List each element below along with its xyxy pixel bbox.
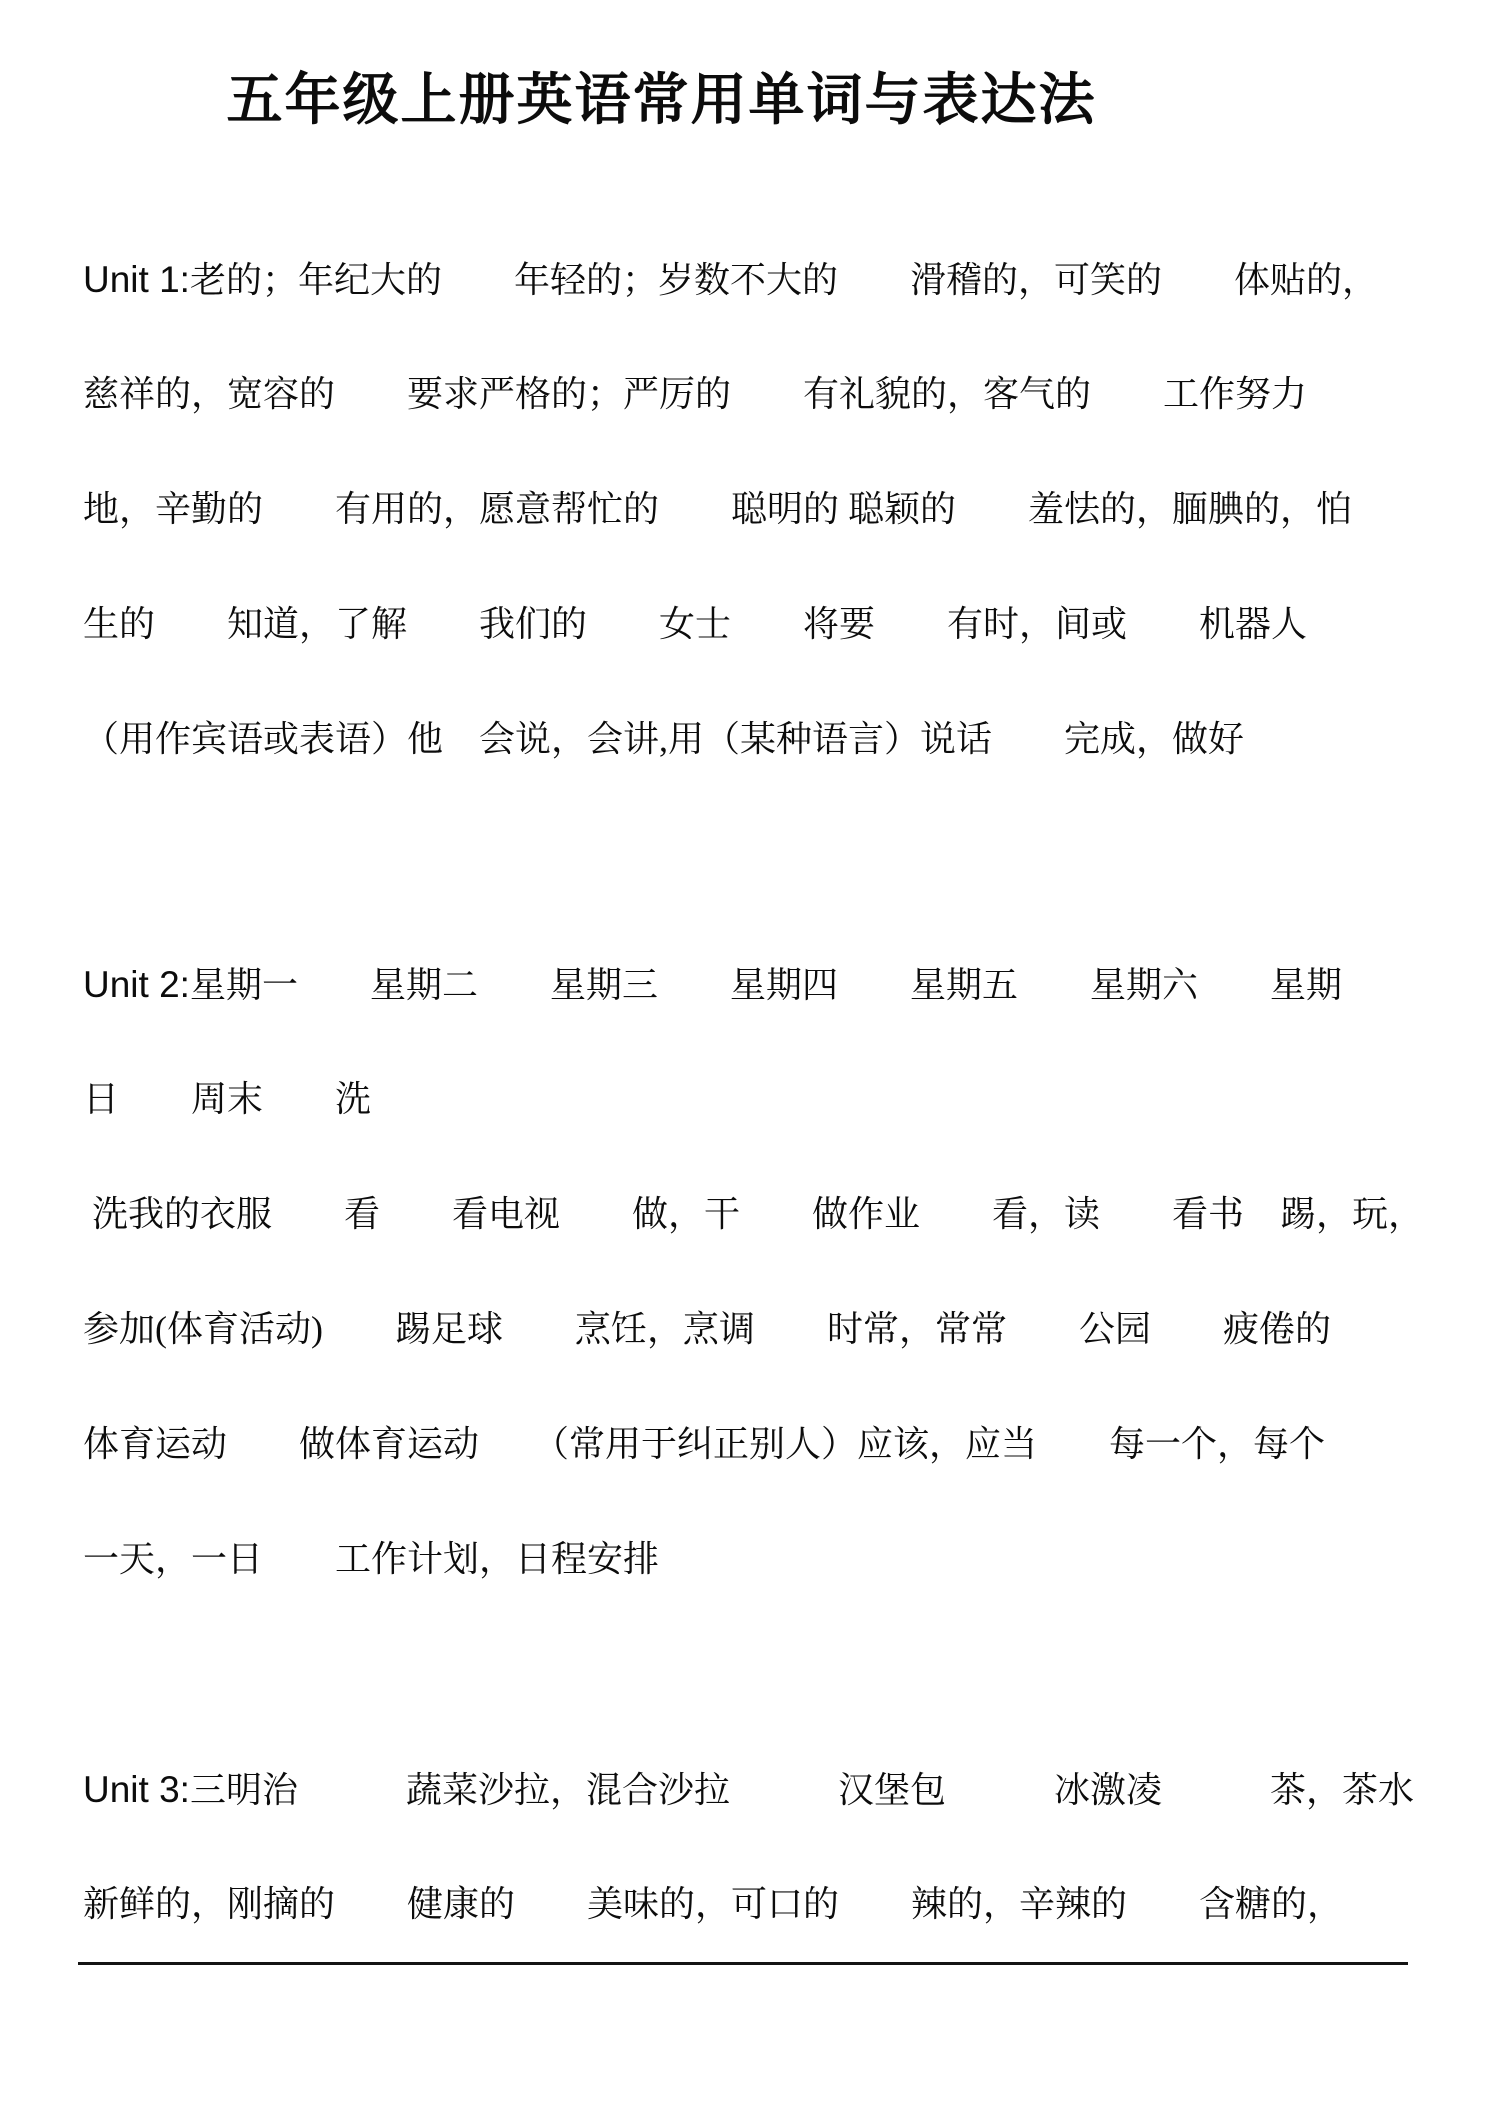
unit2-label: Unit 2: — [83, 964, 190, 1005]
text-line-unit1-2: 慈祥的，宽容的 要求严格的；严厉的 有礼貌的，客气的 工作努力 — [83, 337, 1410, 452]
line-text: 新鲜的，刚摘的 健康的 美味的，可口的 辣的，辛辣的 含糖的， — [83, 1884, 1343, 1924]
text-line-unit3-2: 新鲜的，刚摘的 健康的 美味的，可口的 辣的，辛辣的 含糖的， — [83, 1847, 1410, 1962]
line-text: 三明治 蔬菜沙拉，混合沙拉 汉堡包 冰激凌 茶，茶水 — [190, 1770, 1414, 1810]
text-line-unit2-5: 体育运动 做体育运动 （常用于纠正别人）应该，应当 每一个，每个 — [83, 1387, 1410, 1502]
text-line-unit2-3: 洗我的衣服 看 看电视 做，干 做作业 看，读 看书 踢，玩， — [83, 1157, 1410, 1272]
document-title: 五年级上册英语常用单词与表达法 — [0, 55, 1325, 145]
text-line-unit2-1: Unit 2:星期一 星期二 星期三 星期四 星期五 星期六 星期 — [83, 927, 1410, 1042]
document-body: Unit 1:老的；年纪大的 年轻的；岁数不大的 滑稽的，可笑的 体贴的， 慈祥… — [83, 222, 1410, 1965]
text-line-unit1-4: 生的 知道，了解 我们的 女士 将要 有时，间或 机器人 — [83, 567, 1410, 682]
line-text: 老的；年纪大的 年轻的；岁数不大的 滑稽的，可笑的 体贴的， — [190, 260, 1378, 300]
line-text: 一天，一日 工作计划，日程安排 — [83, 1539, 659, 1579]
unit1-label: Unit 1: — [83, 259, 190, 300]
text-line-unit1-5: （用作宾语或表语）他 会说，会讲,用（某种语言）说话 完成，做好 — [83, 682, 1410, 797]
text-line-unit2-6: 一天，一日 工作计划，日程安排 — [83, 1502, 1410, 1617]
text-line-unit1-1: Unit 1:老的；年纪大的 年轻的；岁数不大的 滑稽的，可笑的 体贴的， — [83, 222, 1410, 337]
document-page: 五年级上册英语常用单词与表达法 Unit 1:老的；年纪大的 年轻的；岁数不大的… — [0, 0, 1488, 2105]
line-text: 日 周末 洗 — [83, 1079, 371, 1119]
line-text: 慈祥的，宽容的 要求严格的；严厉的 有礼貌的，客气的 工作努力 — [83, 374, 1307, 414]
text-line-unit3-1: Unit 3:三明治 蔬菜沙拉，混合沙拉 汉堡包 冰激凌 茶，茶水 — [83, 1732, 1410, 1847]
page-bottom-rule — [78, 1962, 1408, 1965]
line-text: 参加(体育活动) 踢足球 烹饪，烹调 时常，常常 公园 疲倦的 — [83, 1309, 1331, 1349]
line-text: 星期一 星期二 星期三 星期四 星期五 星期六 星期 — [190, 965, 1342, 1005]
text-line-unit2-4: 参加(体育活动) 踢足球 烹饪，烹调 时常，常常 公园 疲倦的 — [83, 1272, 1410, 1387]
unit3-label: Unit 3: — [83, 1769, 190, 1810]
line-text: （用作宾语或表语）他 会说，会讲,用（某种语言）说话 完成，做好 — [83, 719, 1244, 759]
text-line-unit1-3: 地，辛勤的 有用的，愿意帮忙的 聪明的 聪颖的 羞怯的，腼腆的，怕 — [83, 452, 1410, 567]
line-text: 洗我的衣服 看 看电视 做，干 做作业 看，读 看书 踢，玩， — [83, 1194, 1424, 1234]
line-text: 生的 知道，了解 我们的 女士 将要 有时，间或 机器人 — [83, 604, 1307, 644]
line-text: 体育运动 做体育运动 （常用于纠正别人）应该，应当 每一个，每个 — [83, 1424, 1325, 1464]
line-text: 地，辛勤的 有用的，愿意帮忙的 聪明的 聪颖的 羞怯的，腼腆的，怕 — [83, 489, 1352, 529]
text-line-unit2-2: 日 周末 洗 — [83, 1042, 1410, 1157]
